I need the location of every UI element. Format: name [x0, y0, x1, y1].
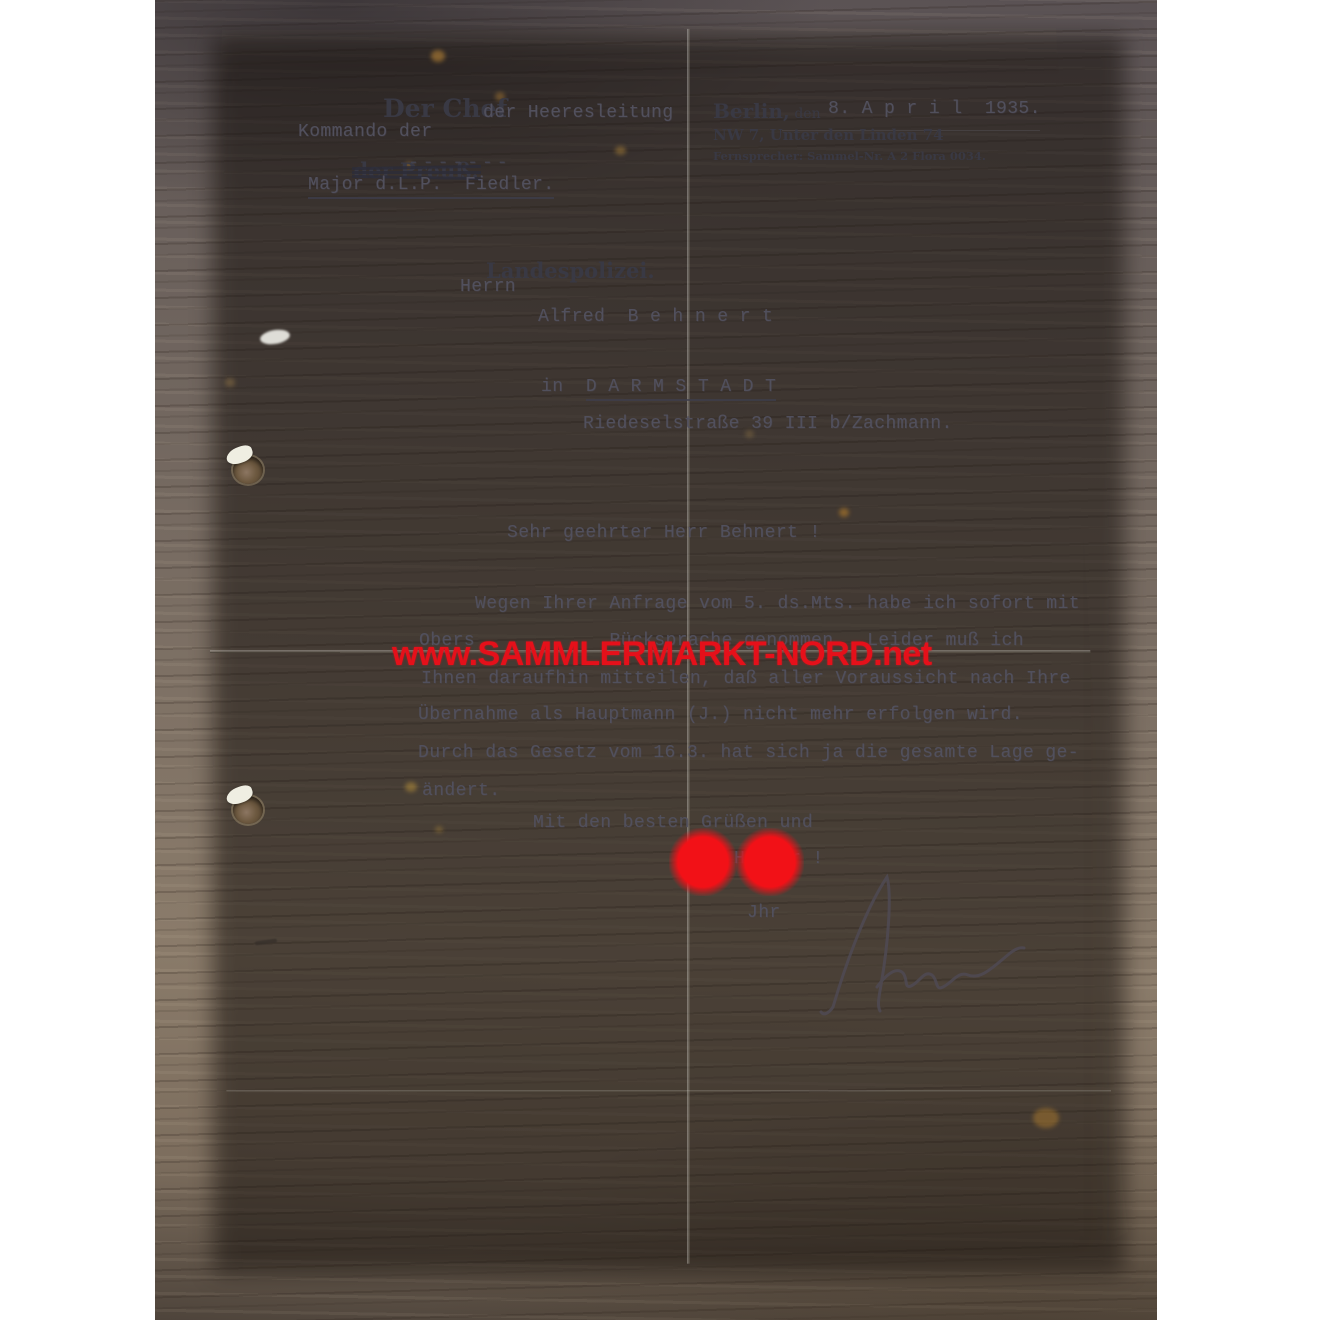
body-line-6: ändert.: [422, 781, 500, 801]
watermark-text: www.SAMMLERMARKT-NORD.net: [392, 635, 932, 674]
body-salutation: Sehr geehrter Herr Behnert !: [507, 523, 821, 543]
letterhead-phone-line: Fernsprecher: Sammel-Nr. A 2 Flora 0034.: [713, 149, 986, 163]
body-line-4: Übernahme als Hauptmann (J.) nicht mehr …: [418, 705, 1023, 725]
recipient-city-line: in D A R M S T A D T: [541, 377, 776, 397]
horizontal-fold-crease-dark: [210, 652, 340, 653]
letter-photo: Der Chef der Heeresleitung Kommando der …: [155, 0, 1157, 1320]
letterhead-chief-typed: der Heeresleitung: [483, 103, 673, 123]
stain: [839, 508, 849, 517]
torn-paper-flap: [224, 783, 255, 807]
torn-paper-flap: [224, 443, 255, 467]
date-city-line: Berlin, den: [713, 99, 821, 123]
in-prefix: in: [541, 377, 586, 397]
recipient-city: D A R M S T A D T: [586, 377, 776, 401]
body-line-5: Durch das Gesetz vom 16.3. hat sich ja d…: [418, 743, 1079, 763]
red-censor-dot: [669, 828, 737, 896]
stain: [435, 826, 443, 833]
stain: [431, 50, 445, 62]
letterhead-dashes: -------: [408, 153, 512, 173]
body-line-1: Wegen Ihrer Anfrage vom 5. ds.Mts. habe …: [475, 594, 1080, 614]
paper-scuff: [259, 327, 291, 347]
recipient-name: Alfred B e h n e r t: [538, 307, 773, 327]
stain: [405, 782, 417, 792]
stain: [1033, 1108, 1059, 1128]
city-label: Berlin,: [713, 99, 790, 123]
recipient-herrn: Herrn: [460, 277, 516, 297]
punch-hole-top: [233, 456, 263, 484]
letterhead-signer-line: Major d.L.P. Fiedler.: [308, 175, 554, 199]
screenshot-canvas: Der Chef der Heeresleitung Kommando der …: [0, 0, 1320, 1320]
recipient-street: Riedeselstraße 39 III b/Zachmann.: [583, 414, 953, 434]
stain: [225, 378, 235, 387]
closing-jhr: Jhr: [747, 903, 781, 923]
den-label: den: [790, 106, 821, 122]
punch-hole-bottom: [233, 796, 263, 824]
signature: [795, 855, 1035, 1025]
letterhead-street-line: NW 7, Unter den Linden 74: [713, 126, 944, 144]
dark-mark: [255, 938, 277, 945]
red-censor-dot: [736, 828, 804, 896]
typed-date: 8. A p r i l 1935.: [828, 99, 1041, 119]
horizontal-fold-crease-lower: [211, 1090, 1111, 1092]
